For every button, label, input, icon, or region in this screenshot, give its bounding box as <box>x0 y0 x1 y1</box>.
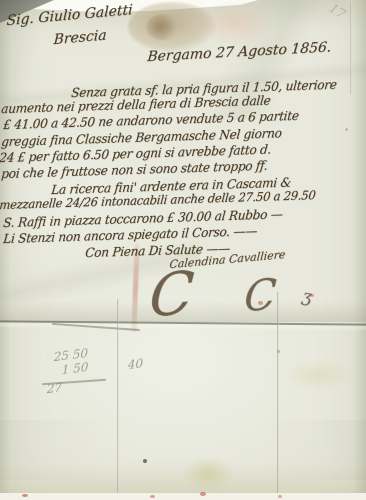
scan-bottom-edge <box>0 493 366 500</box>
fold-crease-vertical-right <box>277 292 279 493</box>
signature-flourish-initial: C <box>147 257 196 331</box>
pencil-calc-side: 40 <box>128 356 143 372</box>
letter-scan: Sig. Giulio Galetti Brescia Bergamo 27 A… <box>0 0 366 500</box>
signature-flourish-initial: C <box>243 269 278 322</box>
pencil-calc-result: 27 <box>47 380 62 396</box>
fold-crease-vertical-left <box>117 299 119 493</box>
fold-crease-top-right <box>350 2 352 94</box>
